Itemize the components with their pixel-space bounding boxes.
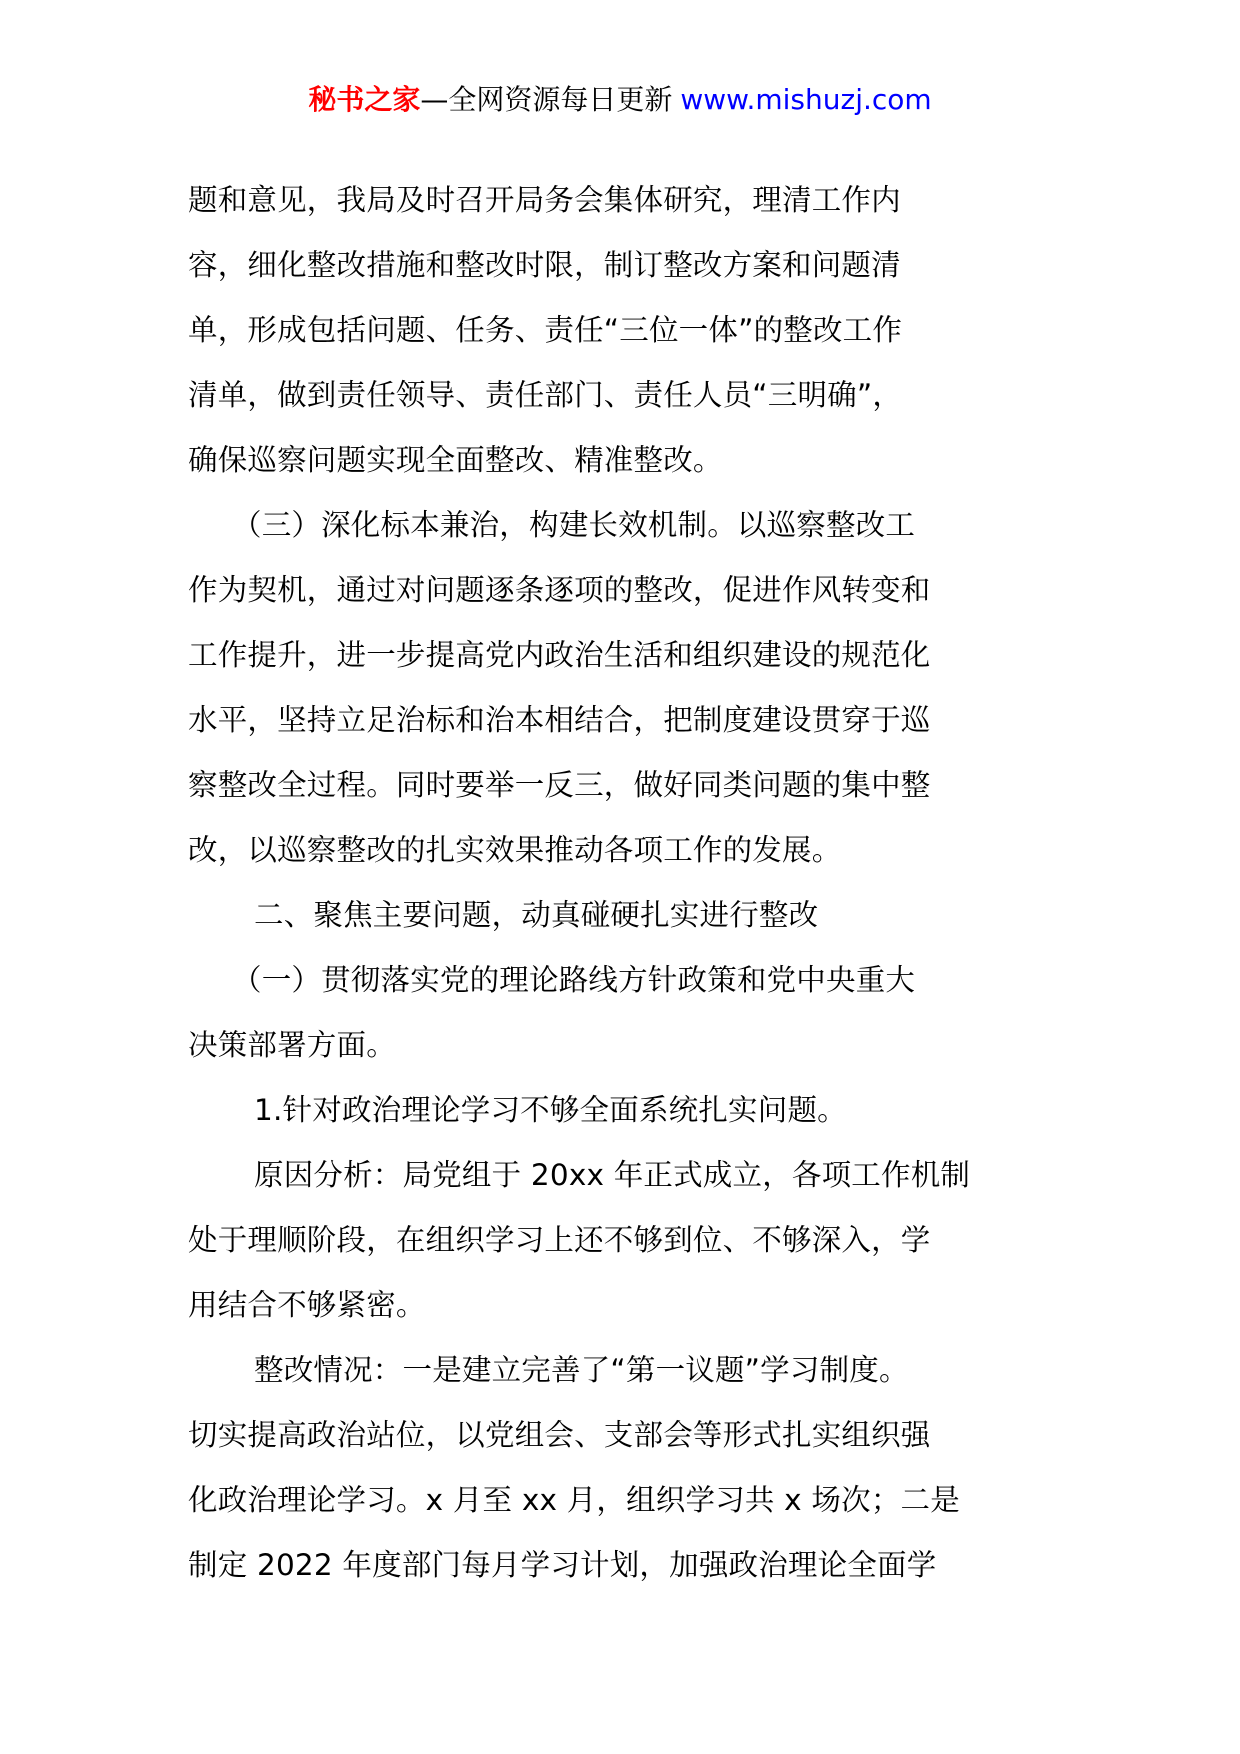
text-line: 容，细化整改措施和整改时限，制订整改方案和问题清 [188,233,1064,298]
site-url-link[interactable]: www.mishuzj.com [680,83,931,116]
text-line: 处于理顺阶段，在组织学习上还不够到位、不够深入，学 [188,1208,1064,1273]
section-heading-3: （三）深化标本兼治，构建长效机制。以巡察整改工 [188,493,1064,558]
text-line: 确保巡察问题实现全面整改、精准整改。 [188,428,1064,493]
text-line: 决策部署方面。 [188,1013,1064,1078]
site-header-banner: 秘书之家—全网资源每日更新www.mishuzj.com [0,76,1240,124]
site-tagline: —全网资源每日更新 [420,83,672,116]
item-heading-1: 1.针对政治理论学习不够全面系统扎实问题。 [188,1078,1064,1143]
text-line: 单，形成包括问题、任务、责任“三位一体”的整改工作 [188,298,1064,363]
text-line: 水平，坚持立足治标和治本相结合，把制度建设贯穿于巡 [188,688,1064,753]
text-line: 制定 2022 年度部门每月学习计划，加强政治理论全面学 [188,1533,1064,1598]
text-line: 用结合不够紧密。 [188,1273,1064,1338]
cause-analysis-line: 原因分析：局党组于 20xx 年正式成立，各项工作机制 [188,1143,1064,1208]
site-brand-name: 秘书之家 [308,83,420,116]
rectification-status-line: 整改情况：一是建立完善了“第一议题”学习制度。 [188,1338,1064,1403]
text-line: 工作提升，进一步提高党内政治生活和组织建设的规范化 [188,623,1064,688]
text-line: 作为契机，通过对问题逐条逐项的整改，促进作风转变和 [188,558,1064,623]
section-heading-2: 二、聚焦主要问题，动真碰硬扎实进行整改 [188,883,1064,948]
text-line: 题和意见，我局及时召开局务会集体研究，理清工作内 [188,168,1064,233]
text-line: 察整改全过程。同时要举一反三，做好同类问题的集中整 [188,753,1064,818]
subsection-heading-1: （一）贯彻落实党的理论路线方针政策和党中央重大 [188,948,1064,1013]
text-line: 化政治理论学习。x 月至 xx 月，组织学习共 x 场次；二是 [188,1468,1064,1533]
text-line: 切实提高政治站位，以党组会、支部会等形式扎实组织强 [188,1403,1064,1468]
text-line: 改，以巡察整改的扎实效果推动各项工作的发展。 [188,818,1064,883]
text-line: 清单，做到责任领导、责任部门、责任人员“三明确”， [188,363,1064,428]
document-body: 题和意见，我局及时召开局务会集体研究，理清工作内 容，细化整改措施和整改时限，制… [188,168,1064,1598]
